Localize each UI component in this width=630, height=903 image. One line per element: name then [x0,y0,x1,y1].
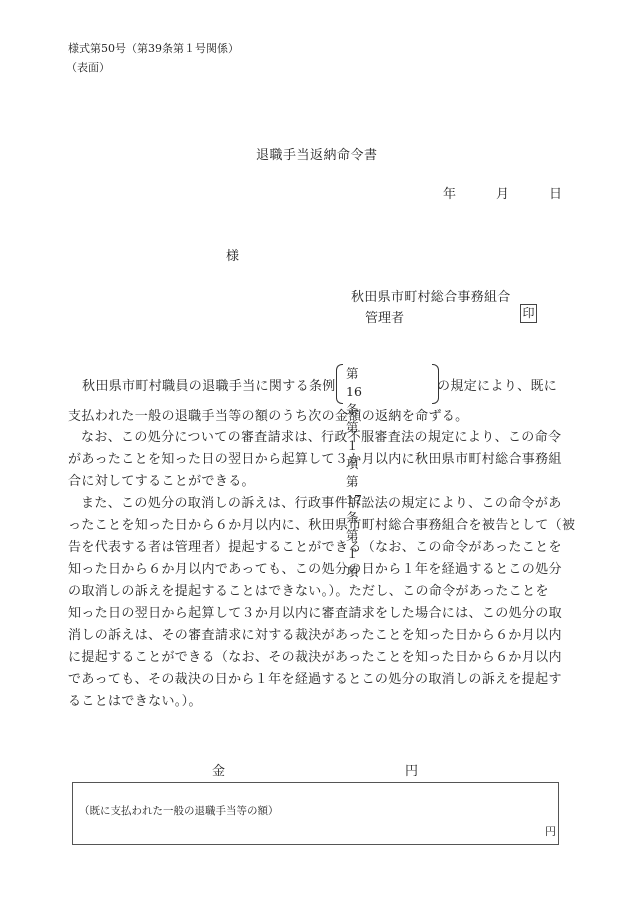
left-bracket [336,364,343,404]
paid-amount-label: （既に支払われた一般の退職手当等の額） [79,803,279,818]
document-title: 退職手当返納命令書 [256,144,378,163]
para1-line2: 支払われた一般の退職手当等の額のうち次の金額の返納を命ずる。 [68,405,469,424]
para-line: また、この処分の取消しの訴えは、行政事件訴訟法の規定により、この命令があ [68,493,562,515]
para-line: であっても、その裁決の日から１年を経過するとこの処分の取消しの訴えを提起す [68,669,562,691]
seal-mark: 印 [520,304,537,323]
para-line: 知った日の翌日から起算して３か月以内に審査請求をした場合には、この処分の取 [68,603,562,625]
date-year-label: 年 [443,183,456,202]
amount-unit: 円 [405,760,418,779]
para-line: 消しの訴えは、その審査請求に対する裁決があったことを知った日から６か月以内 [68,625,562,647]
form-number: 様式第50号（第39条第１号関係） [68,40,239,56]
paid-amount-box: （既に支払われた一般の退職手当等の額） 円 [72,782,559,845]
para-line: ることはできない。）。 [68,691,562,713]
para1-suffix: の規定により、既に [437,375,557,394]
para-line: の取消しの訴えを提起することはできない。）。ただし、この命令があったことを [68,581,562,603]
date-month-label: 月 [496,183,509,202]
para-line: があったことを知った日の翌日から起算して３か月以内に秋田県市町村総合事務組 [68,449,562,471]
para-line: ったことを知った日から６か月以内に、秋田県市町村総合事務組合を被告として（被 [68,515,562,537]
para-line: 知った日から６か月以内であっても、この処分の日から１年を経過するとこの処分 [68,559,562,581]
paid-amount-unit: 円 [545,823,556,839]
side-label: （表面） [66,59,110,75]
review-request-paragraph: なお、この処分についての審査請求は、行政不服審査法の規定により、この命令 があっ… [68,427,562,493]
date-day-label: 日 [549,183,562,202]
addressee-honorific: 様 [226,245,239,264]
para-line: 合に対してすることができる。 [68,471,562,493]
lawsuit-paragraph: また、この処分の取消しの訴えは、行政事件訴訟法の規定により、この命令があ ったこ… [68,493,562,713]
para-line: 告を代表する者は管理者）提起することができる（なお、この命令があったことを [68,537,562,559]
amount-prefix: 金 [212,760,225,779]
issuer-role: 管理者 [365,307,404,326]
para-line: に提起することができる（なお、その裁決があったことを知った日から６か月以内 [68,647,562,669]
para-line: なお、この処分についての審査請求は、行政不服審査法の規定により、この命令 [68,427,562,449]
issuer-organization: 秋田県市町村総合事務組合 [351,286,511,305]
para1-prefix: 秋田県市町村職員の退職手当に関する条例 [82,375,336,394]
